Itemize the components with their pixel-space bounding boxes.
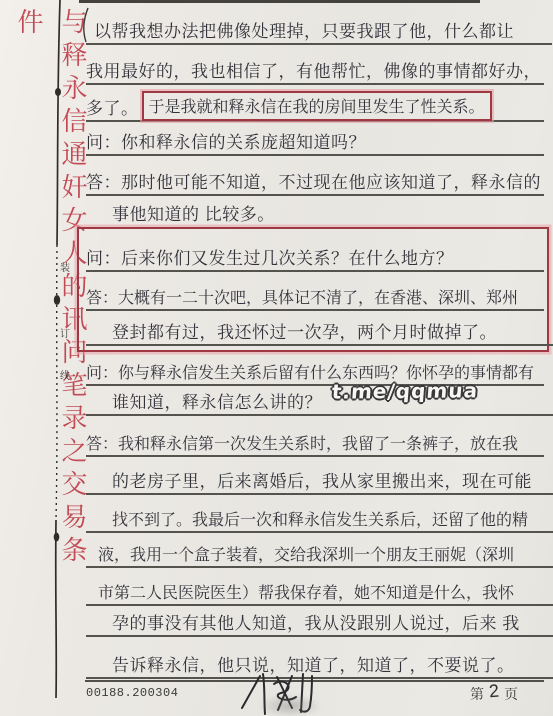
transcript-line-question: 问：你和释永信的关系庞超知道吗？ <box>86 122 544 156</box>
transcript-line: 市第二人民医院医生）帮我保存着，她不知道是什么，我怀 <box>86 572 553 606</box>
transcript-line: 登封都有过，我还怀过一次孕，两个月时做掉了。 <box>86 312 553 346</box>
transcript-line-question: 问：后来你们又发生过几次关系？在什么地方？ <box>86 238 544 272</box>
transcript-line-answer: 答：我和释永信第一次发生关系时，我留了一条裤子，放在我 <box>86 423 544 457</box>
transcript-line-answer: 答：大概有一二十次吧，具体记不清了，在香港、深圳、郑州 <box>86 277 544 311</box>
seal-smudge <box>258 694 322 716</box>
binding-char-ding: 订 <box>60 330 70 340</box>
transcript-line-prefix: 多了。 <box>86 94 139 119</box>
transcript-line: 事他知道的 比较多。 <box>86 196 553 226</box>
page-label-suffix: 页 <box>504 686 518 702</box>
handwritten-page-number: 2 <box>488 681 500 703</box>
transcript-line: 多了。 于是我就和释永信在我的房间里发生了性关系。 <box>86 88 544 122</box>
transcript-line: 我用最好的，我也相信了，有他帮忙，佛像的事情都好办， <box>86 51 544 85</box>
binding-char-xian: 线 <box>60 372 70 382</box>
transcript-line: 孕的事没有其他人知道，我从没跟别人说过，后来 我 <box>86 603 553 637</box>
document-number: 00188.200304 <box>86 686 178 700</box>
transcript-line: 找不到了。我最后一次和释永信发生关系后，还留了他的精 <box>86 499 553 533</box>
scanned-document-page: 与释永信通奸女人的讯问笔录之交易条件 装 订 线 以帮我想办法把佛像处理掉，只要… <box>0 0 553 716</box>
transcript-line: 的老房子里，后来离婚后，我从家里搬出来，现在可能 <box>86 461 553 495</box>
red-boxed-sentence: 于是我就和释永信在我的房间里发生了性关系。 <box>142 91 492 121</box>
telegram-watermark: t.me/qqmua <box>331 378 479 403</box>
transcript-line: 以帮我想办法把佛像处理掉，只要我跟了他，什么都让 <box>86 11 552 45</box>
top-page-rule <box>79 0 480 3</box>
page-number-label: 第2页 <box>470 683 518 704</box>
page-label-prefix: 第 <box>470 686 484 702</box>
transcript-line: 谁知道，释永信怎么讲的？ <box>86 382 553 416</box>
transcript-line: 液，我用一个盒子装着，交给我深圳一个朋友王丽妮（深圳 <box>86 534 553 568</box>
binding-char-zhuang: 装 <box>60 264 70 274</box>
transcript-line-answer: 答：那时他可能不知道，不过现在他应该知道了，释永信的 <box>86 162 544 196</box>
